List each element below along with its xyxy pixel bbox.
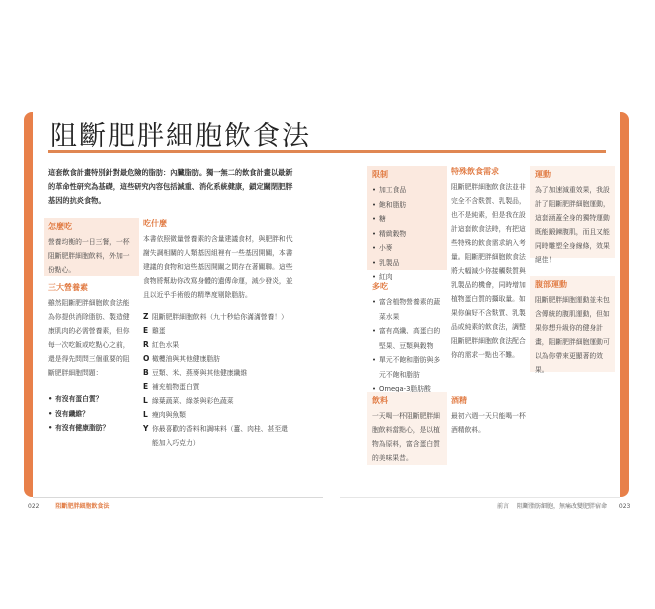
limit-heading: 限制 xyxy=(372,169,442,180)
what-to-eat-section: 吃什麼 本書依照微量營養素的含量建議食材，與肥胖和代謝失調相關的人類基因組裡有一… xyxy=(143,218,293,450)
book-spread: 阻斷肥胖細胞飲食法 這套飲食計畫特別針對最危險的脂肪：內臟脂肪。獨一無二的飲食計… xyxy=(0,0,655,609)
limit-item: 小麥 xyxy=(372,241,442,256)
left-page-number: 022 xyxy=(28,503,39,510)
right-footer: 前言 阻斷脂肪細胞，無痛改變肥胖宿命 023 xyxy=(497,501,630,510)
special-needs-section: 特殊飲食需求 阻斷肥胖細胞飲食法並非完全不含麩質、乳製品，也不是純素，但是我在設… xyxy=(451,166,529,362)
question-item: 有沒有健康脂肪？ xyxy=(48,421,135,436)
limit-list: 加工食品 飽和脂肪 糖 精緻穀物 小麥 乳製品 紅肉 xyxy=(372,183,442,285)
limit-item: 加工食品 xyxy=(372,183,442,198)
acronym-row: Y你最喜歡的香料和調味料（薑、肉桂、甚至還能加入巧克力） xyxy=(143,422,293,450)
three-nutrients-heading: 三大營養素 xyxy=(48,282,135,293)
limit-item: 飽和脂肪 xyxy=(372,198,442,213)
page-title: 阻斷肥胖細胞飲食法 xyxy=(50,114,311,153)
limit-item: 精緻穀物 xyxy=(372,227,442,242)
how-to-eat-box: 怎麼吃 營養均衡的一日三餐，一杯阻斷肥胖細胞飲料，外加一份點心。 xyxy=(44,218,139,276)
exercise-text: 為了加速減重效果，我設計了阻斷肥胖細胞運動，這套涵蓋全身的獨特運動既能鍛鍊腹肌，… xyxy=(535,183,610,267)
eat-more-item: 富含植物營養素的蔬菜水果 xyxy=(372,295,444,324)
eat-more-section: 多吃 富含植物營養素的蔬菜水果 富有高纖、高蛋白的堅果、豆類與穀物 單元不飽和脂… xyxy=(367,281,449,397)
left-footer: 022 阻斷肥胖細胞飲食法 xyxy=(28,501,109,510)
acronym-row: B豆類、米、燕麥與其他健康纖維 xyxy=(143,366,293,380)
exercise-heading: 運動 xyxy=(535,169,610,180)
eat-more-list: 富含植物營養素的蔬菜水果 富有高纖、高蛋白的堅果、豆類與穀物 單元不飽和脂肪與多… xyxy=(372,295,444,397)
title-divider xyxy=(48,150,606,153)
what-to-eat-heading: 吃什麼 xyxy=(143,218,293,229)
three-nutrients-text: 雖然阻斷肥胖細胞飲食法能為你提供消除脂肪、製造健康肌肉的必需營養素，但你每一次吃… xyxy=(48,296,135,380)
drinks-text: 一天喝一杯阻斷肥胖細胞飲料當點心，是以植物為原料，富含蛋白質的美味果昔。 xyxy=(372,409,442,465)
abs-exercise-box: 腹部運動 阻斷肥胖細胞運動並未包含傳統的腹肌運動，但如果你想升級你的健身計畫，阻… xyxy=(530,276,615,372)
acronym-row: R紅色水果 xyxy=(143,338,293,352)
limit-box: 限制 加工食品 飽和脂肪 糖 精緻穀物 小麥 乳製品 紅肉 xyxy=(367,166,447,270)
three-nutrients-section: 三大營養素 雖然阻斷肥胖細胞飲食法能為你提供消除脂肪、製造健康肌肉的必需營養素，… xyxy=(44,282,139,436)
three-questions-list: 有沒有蛋白質？ 沒有纖維？ 有沒有健康脂肪？ xyxy=(48,392,135,436)
right-section-label: 前言 xyxy=(497,503,509,510)
acronym-row: E雞蛋 xyxy=(143,324,293,338)
limit-item: 糖 xyxy=(372,212,442,227)
drinks-box: 飲料 一天喝一杯阻斷肥胖細胞飲料當點心，是以植物為原料，富含蛋白質的美味果昔。 xyxy=(367,392,447,465)
alcohol-heading: 酒精 xyxy=(451,395,529,406)
abs-exercise-text: 阻斷肥胖細胞運動並未包含傳統的腹肌運動，但如果你想升級你的健身計畫，阻斷肥胖細胞… xyxy=(535,293,610,377)
left-page-bottom-edge xyxy=(33,497,323,498)
abs-exercise-heading: 腹部運動 xyxy=(535,279,610,290)
limit-item: 乳製品 xyxy=(372,256,442,271)
drinks-heading: 飲料 xyxy=(372,395,442,406)
zerobelly-acronym-list: Z阻斷肥胖細胞飲料（九十秒給你滿滿營養！） E雞蛋 R紅色水果 O橄欖油與其他健… xyxy=(143,310,293,450)
special-needs-text: 阻斷肥胖細胞飲食法並非完全不含麩質、乳製品，也不是純素，但是我在設計這套飲食法時… xyxy=(451,180,529,362)
acronym-row: O橄欖油與其他健康脂肪 xyxy=(143,352,293,366)
how-to-eat-text: 營養均衡的一日三餐，一杯阻斷肥胖細胞飲料，外加一份點心。 xyxy=(48,235,135,277)
eat-more-item: 單元不飽和脂肪與多元不飽和脂肪 xyxy=(372,353,444,382)
special-needs-heading: 特殊飲食需求 xyxy=(451,166,529,177)
what-to-eat-text: 本書依照微量營養素的含量建議食材，與肥胖和代謝失調相關的人類基因組裡有一些基因開… xyxy=(143,232,293,302)
acronym-row: Z阻斷肥胖細胞飲料（九十秒給你滿滿營養！） xyxy=(143,310,293,324)
left-running-title: 阻斷肥胖細胞飲食法 xyxy=(55,503,109,510)
eat-more-heading: 多吃 xyxy=(372,281,444,292)
acronym-row: E補充植物蛋白質 xyxy=(143,380,293,394)
acronym-row: L瘦肉與魚類 xyxy=(143,408,293,422)
left-page-edge-bar xyxy=(24,112,33,497)
how-to-eat-heading: 怎麼吃 xyxy=(48,221,135,232)
alcohol-text: 最初六週一天只能喝一杯酒精飲料。 xyxy=(451,409,529,437)
right-page-number: 023 xyxy=(619,503,630,510)
eat-more-item: 富有高纖、高蛋白的堅果、豆類與穀物 xyxy=(372,324,444,353)
alcohol-section: 酒精 最初六週一天只能喝一杯酒精飲料。 xyxy=(451,392,529,437)
acronym-row: L綠葉蔬菜、綠茶與彩色蔬菜 xyxy=(143,394,293,408)
question-item: 沒有纖維？ xyxy=(48,407,135,422)
right-page-bottom-edge xyxy=(340,497,620,498)
intro-paragraph: 這套飲食計畫特別針對最危險的脂肪：內臟脂肪。獨一無二的飲食計畫以最新的革命性研究… xyxy=(48,166,298,208)
exercise-box: 運動 為了加速減重效果，我設計了阻斷肥胖細胞運動，這套涵蓋全身的獨特運動既能鍛鍊… xyxy=(530,166,615,258)
question-item: 有沒有蛋白質？ xyxy=(48,392,135,407)
right-page-edge-bar xyxy=(620,112,629,497)
right-running-title: 阻斷脂肪細胞，無痛改變肥胖宿命 xyxy=(517,503,607,510)
